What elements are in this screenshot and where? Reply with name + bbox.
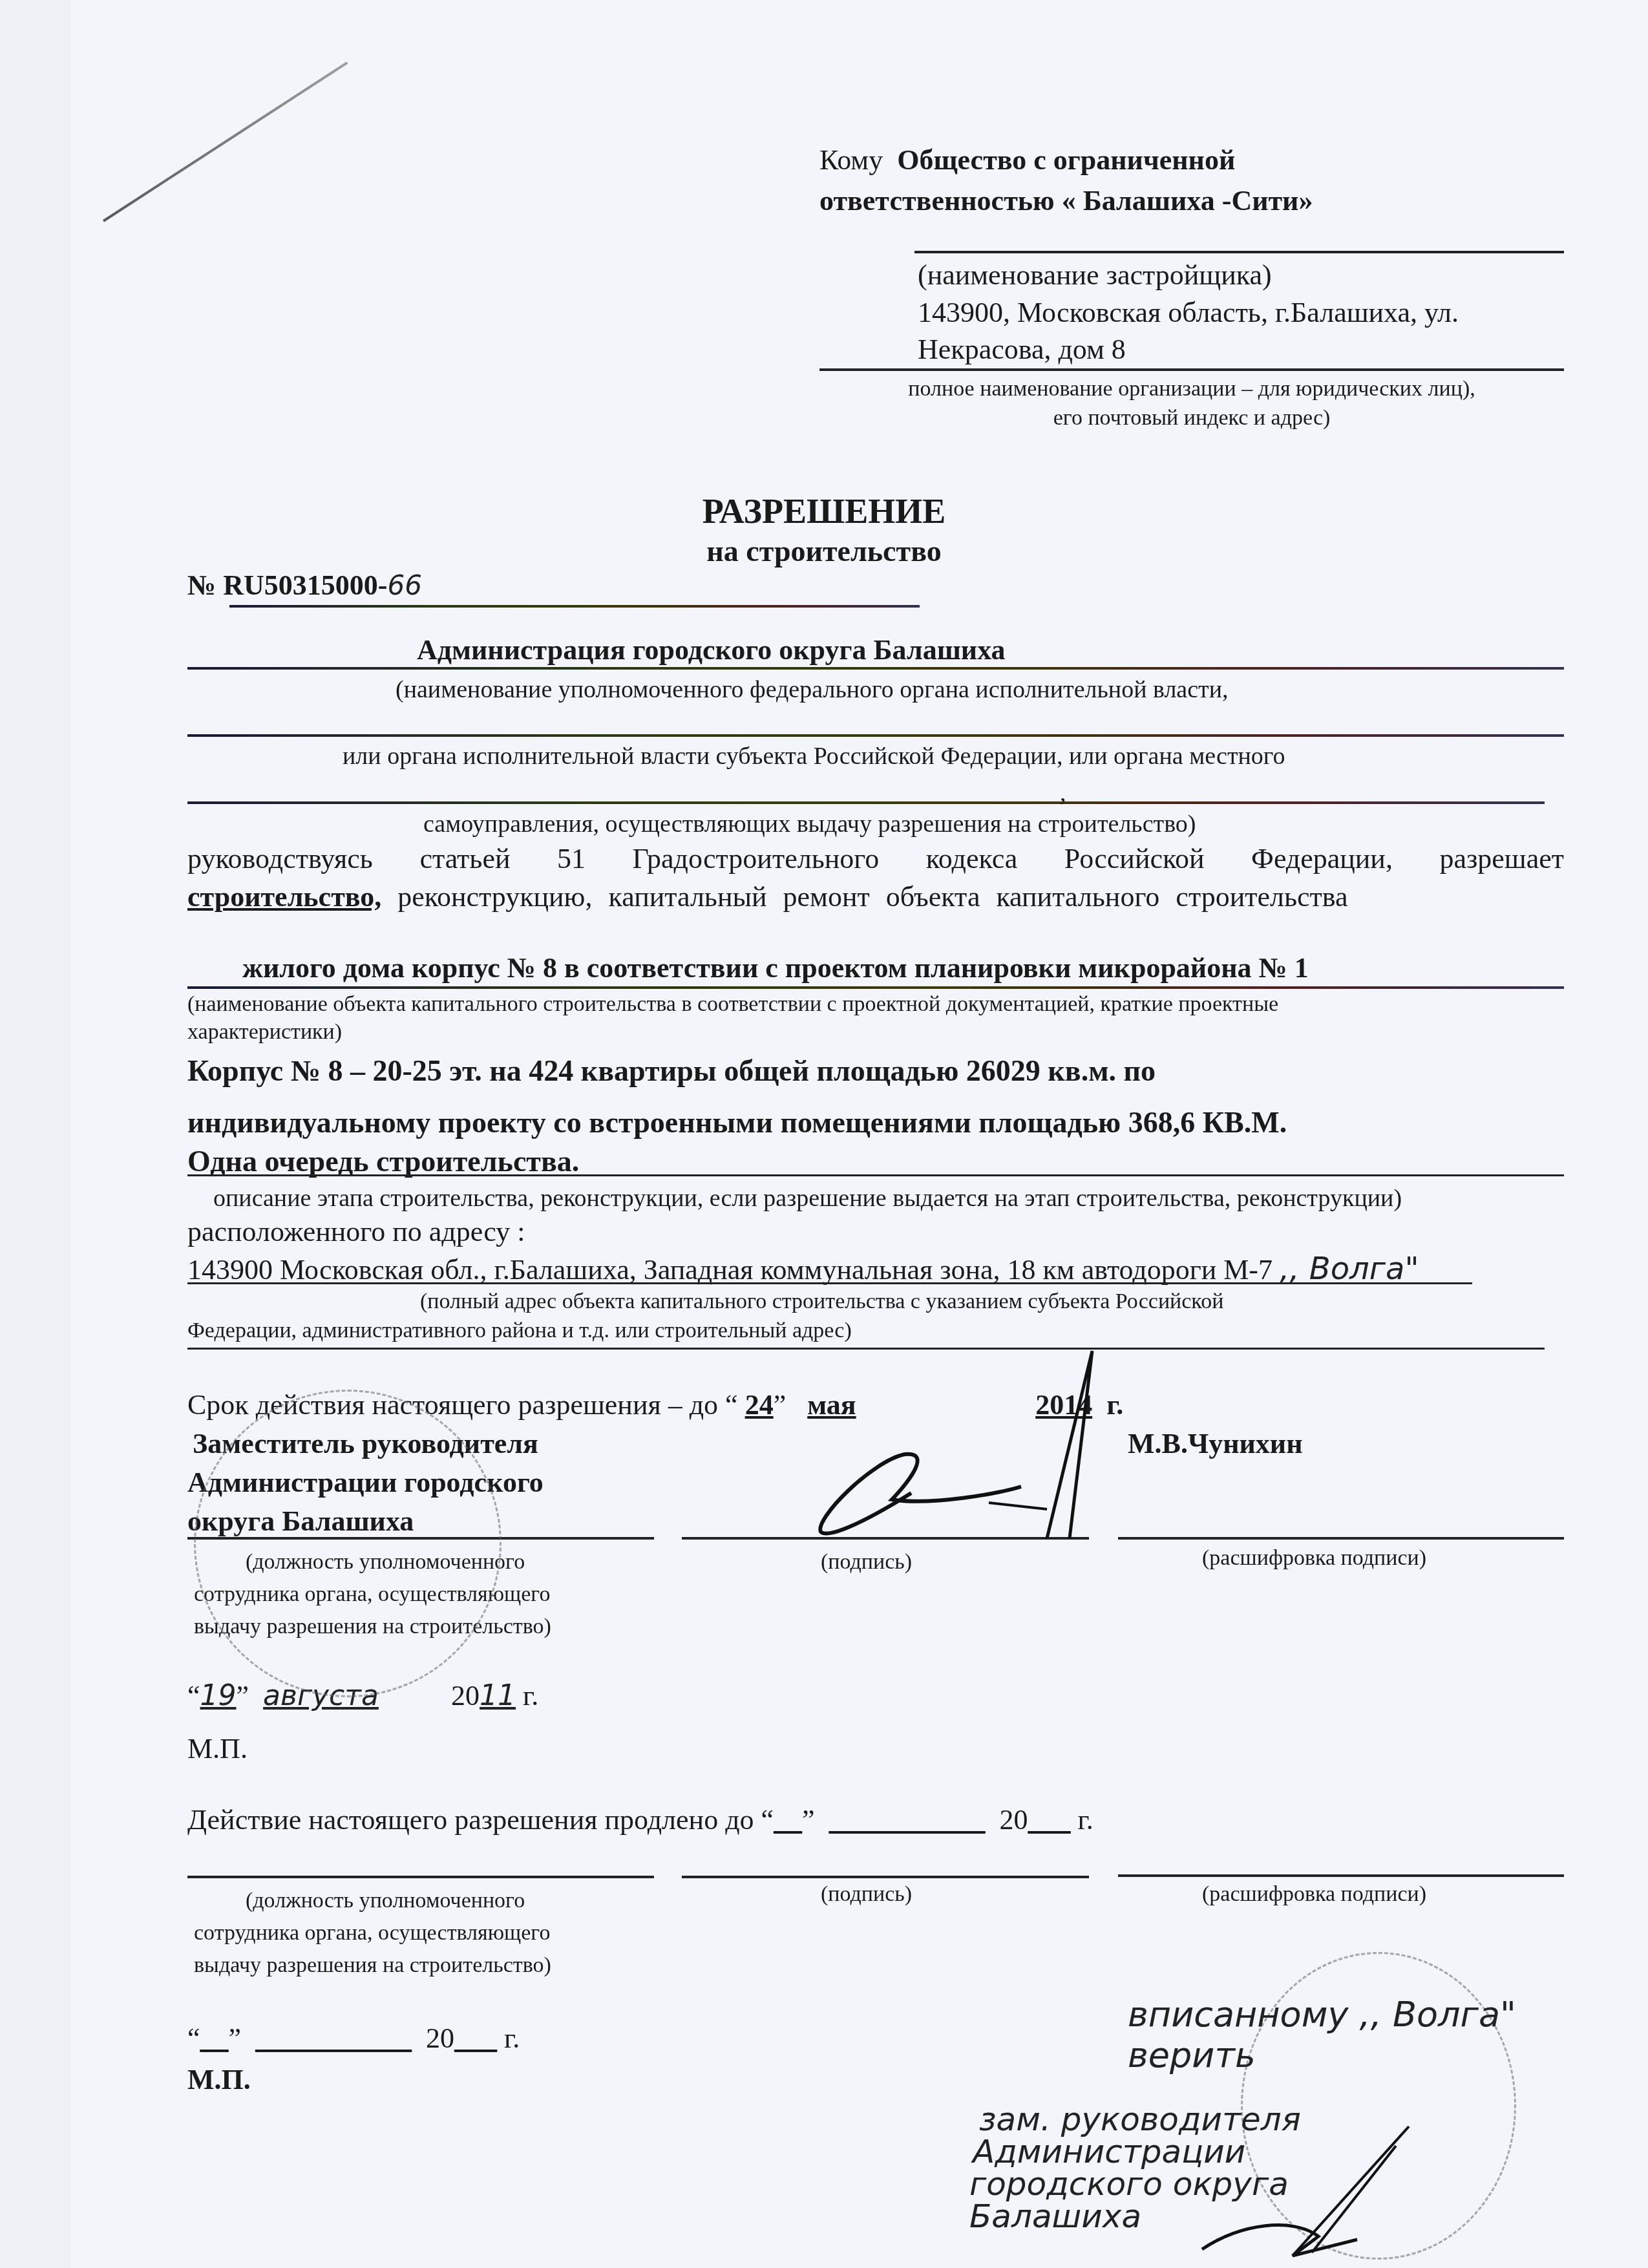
object-address: 143900 Московская обл., г.Балашиха, Запа… <box>187 1254 1273 1286</box>
characteristics-underline <box>187 1174 1564 1176</box>
issue-year-prefix: 20 <box>451 1680 480 1712</box>
annotation-line6: Балашиха <box>969 2198 1141 2235</box>
document-title: РАЗРЕШЕНИЕ <box>0 491 1648 531</box>
validity-year-suffix: г. <box>1106 1389 1123 1421</box>
authority-name: Администрация городского округа Балашиха <box>417 633 1006 666</box>
extension-name-caption: (расшифровка подписи) <box>1202 1882 1426 1907</box>
issue-open-quote: “ <box>187 1680 200 1712</box>
extension-name-line <box>1118 1874 1564 1877</box>
extension-suffix: г. <box>1078 1804 1093 1836</box>
characteristics-line3: Одна очередь строительства. <box>187 1144 579 1178</box>
extension-line: Действие настоящего разрешения продлено … <box>187 1803 1093 1836</box>
authority-comma: , <box>1060 779 1066 807</box>
authority-caption3: самоуправления, осуществляющих выдачу ра… <box>423 810 1196 838</box>
stage-caption: описание этапа строительства, реконструк… <box>213 1184 1402 1213</box>
authority-caption1: (наименование уполномоченного федерально… <box>396 675 1229 704</box>
body-line2: строительство, реконструкцию, капитальны… <box>187 880 1564 913</box>
annotation-line1: вписанному ,, Волга" <box>1128 1994 1516 2035</box>
addressee-address-underline <box>819 368 1564 371</box>
characteristics-line1: Корпус № 8 – 20-25 эт. на 424 квартиры о… <box>187 1054 1156 1088</box>
addressee-name-line1: Общество с ограниченной <box>897 144 1235 176</box>
extension-year: ___ <box>1028 1804 1071 1836</box>
object-address-underline <box>187 1282 1472 1284</box>
object-caption2: характеристики) <box>187 1020 342 1044</box>
extension-day: __ <box>774 1804 802 1836</box>
extension-position-caption1: (должность уполномоченного <box>246 1889 525 1913</box>
extension-date-day: __ <box>200 2022 229 2054</box>
object-address-line: 143900 Московская обл., г.Балашиха, Запа… <box>187 1251 1419 1287</box>
issue-stamp-label: М.П. <box>187 1732 248 1765</box>
addressee-name-line2: ответственностью « Балашиха -Сити» <box>819 184 1313 217</box>
signatory-name: М.В.Чунихин <box>1128 1427 1303 1460</box>
object-caption1: (наименование объекта капитального строи… <box>187 992 1278 1017</box>
annotation-signature-icon <box>1163 2120 1435 2262</box>
extension-date-year: ___ <box>454 2022 497 2054</box>
extension-position-line <box>187 1876 654 1878</box>
extension-year-prefix: 20 <box>1000 1804 1028 1836</box>
permit-number-prefix: № RU50315000- <box>187 569 387 601</box>
addressee-underline <box>914 251 1564 253</box>
address-caption2: Федерации, административного района и т.… <box>187 1319 852 1343</box>
addressee-line1: Кому Общество с ограниченной <box>819 143 1235 176</box>
extension-position-caption3: выдачу разрешения на строительство) <box>194 1953 551 1978</box>
scan-fold-mark <box>103 61 348 222</box>
extension-date-year-prefix: 20 <box>426 2022 454 2054</box>
issue-suffix: г. <box>523 1680 538 1712</box>
name-caption: (расшифровка подписи) <box>1202 1546 1426 1571</box>
extension-date-open-quote: “ <box>187 2022 200 2054</box>
extension-date-line: “__” ___________ 20___ г. <box>187 2022 520 2055</box>
extension-label: Действие настоящего разрешения продлено … <box>187 1804 774 1836</box>
authority-line2 <box>187 734 1564 737</box>
authority-caption2: или органа исполнительной власти субъект… <box>343 742 1285 770</box>
faded-stamp-icon <box>194 1390 502 1697</box>
addressee-name-caption: (наименование застройщика) <box>918 259 1272 291</box>
authority-underline <box>187 667 1564 670</box>
object-name: жилого дома корпус № 8 в соответствии с … <box>242 951 1309 984</box>
addressee-address-caption2: его почтовый индекс и адрес) <box>819 406 1564 430</box>
signature-icon <box>743 1344 1105 1551</box>
authority-line3 <box>187 801 1545 804</box>
extension-signature-caption: (подпись) <box>821 1882 912 1907</box>
extension-position-caption2: сотрудника органа, осуществляющего <box>194 1921 550 1945</box>
annotation-line2: верить <box>1128 2035 1256 2075</box>
to-label: Кому <box>819 144 883 176</box>
issue-year: 11 <box>480 1679 516 1712</box>
extension-date-month: ___________ <box>255 2022 412 2054</box>
permit-number-handwritten: 66 <box>387 569 421 601</box>
address-caption1: (полный адрес объекта капитального строи… <box>420 1289 1223 1314</box>
characteristics-line2: индивидуальному проекту со встроенными п… <box>187 1105 1287 1139</box>
issue-close-quote: ” <box>237 1680 249 1712</box>
extension-close-quote: ” <box>802 1804 815 1836</box>
addressee-address-line2: Некрасова, дом 8 <box>918 333 1126 366</box>
signature-caption: (подпись) <box>821 1550 912 1574</box>
object-name-underline <box>187 986 1564 989</box>
body-line1: руководствуясь статьей 51 Градостроитель… <box>187 842 1564 875</box>
addressee-address-line1: 143900, Московская область, г.Балашиха, … <box>918 296 1459 329</box>
extension-month: ___________ <box>829 1804 986 1836</box>
extension-stamp-label: М.П. <box>187 2063 251 2096</box>
located-label: расположенного по адресу : <box>187 1215 525 1248</box>
permit-number: № RU50315000-66 <box>187 569 422 602</box>
addressee-address-caption1: полное наименование организации – для юр… <box>819 377 1564 401</box>
body-line2-underlined: строительство, <box>187 881 381 913</box>
document-subtitle: на строительство <box>0 534 1648 568</box>
body-line2-rest: реконструкцию, капитальный ремонт объект… <box>381 881 1347 913</box>
extension-date-suffix: г. <box>504 2022 520 2054</box>
extension-date-close-quote: ” <box>229 2022 242 2054</box>
object-address-handwritten: ,, Волга" <box>1280 1251 1419 1287</box>
permit-number-underline <box>229 605 920 608</box>
scan-margin <box>0 0 71 2268</box>
extension-signature-line <box>682 1876 1089 1878</box>
name-line <box>1118 1537 1564 1540</box>
issue-day: 19 <box>200 1679 237 1712</box>
